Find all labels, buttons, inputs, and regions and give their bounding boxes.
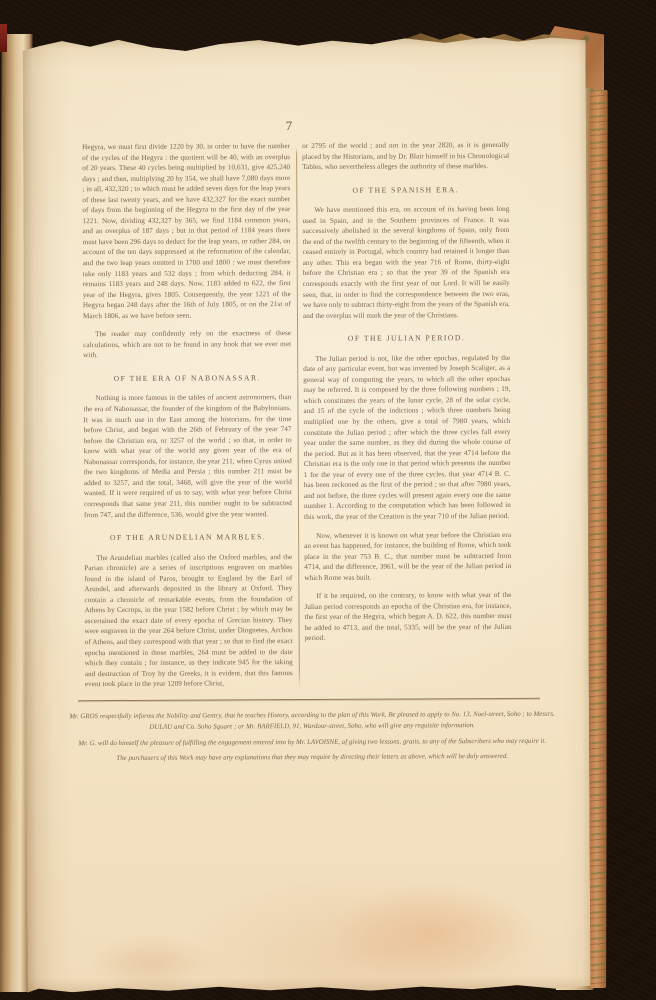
- heading-arundelian-marbles: OF THE ARUNDELIAN MARBLES.: [84, 532, 292, 544]
- paragraph-marbles-continuation: or 2795 of the world ; and not in the ye…: [302, 140, 509, 173]
- notice-purchasers: The purchasers of this Work may have any…: [62, 752, 562, 765]
- left-column: Hegyra, we must first divide 1220 by 30,…: [82, 141, 293, 690]
- footer-rule: [78, 698, 540, 701]
- paragraph-spanish-era: We have mentioned this era, on account o…: [302, 204, 510, 321]
- red-cover-edge: [0, 24, 7, 52]
- right-column: or 2795 of the world ; and not in the ye…: [302, 140, 512, 689]
- photo-background: 7 Hegyra, we must first divide 1220 by 3…: [0, 0, 656, 1000]
- heading-julian-period: OF THE JULIAN PERIOD.: [303, 333, 510, 345]
- notice-gros: Mr. GROS respectfully informs the Nobili…: [62, 710, 562, 734]
- marbled-cover-edge: [588, 90, 608, 988]
- paragraph-hegyra-calculation: Hegyra, we must first divide 1220 by 30,…: [82, 141, 291, 321]
- text-columns: Hegyra, we must first divide 1220 by 30,…: [82, 140, 512, 690]
- paragraph-hegyra-julian-example: If it be required, on the contrary, to k…: [304, 590, 511, 644]
- publisher-notices: Mr. GROS respectfully informs the Nobili…: [62, 710, 562, 771]
- paragraph-reader-note: The reader may confidently rely on the e…: [83, 328, 291, 361]
- heading-spanish-era: OF THE SPANISH ERA.: [302, 185, 509, 197]
- paragraph-rome-example: Now, whenever it is known on what year b…: [304, 529, 511, 583]
- book-page: 7 Hegyra, we must first divide 1220 by 3…: [23, 37, 591, 993]
- paragraph-arundelian-marbles: The Arundelian marbles (called also the …: [84, 552, 293, 690]
- notice-lessons: Mr. G. will do himself the pleasure of f…: [62, 736, 562, 749]
- paragraph-julian-period: The Julian period is not, like the other…: [303, 353, 511, 523]
- paragraph-nabonassar: Nothing is more famous in the tables of …: [83, 393, 292, 521]
- column-divider: [296, 147, 300, 687]
- heading-era-of-nabonassar: OF THE ERA OF NABONASSAR.: [83, 373, 291, 385]
- page-number: 7: [277, 118, 301, 134]
